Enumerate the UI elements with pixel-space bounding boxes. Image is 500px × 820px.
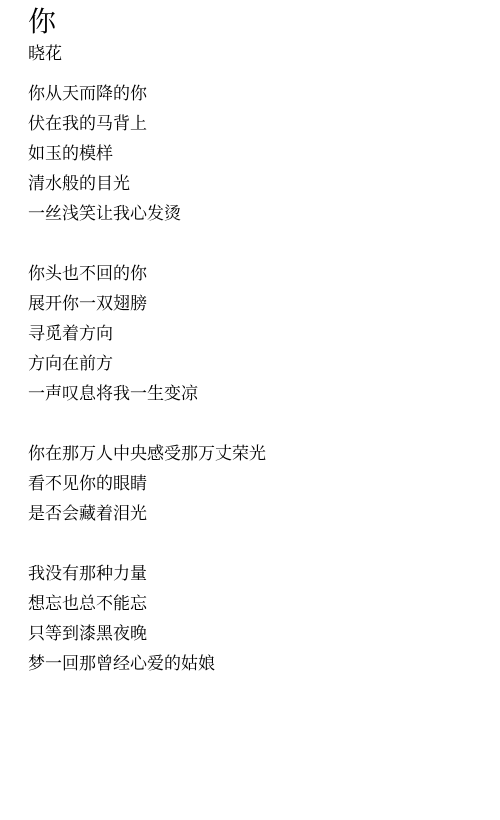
lyrics-stanza-4: 我没有那种力量 想忘也总不能忘 只等到漆黑夜晚 梦一回那曾经心爱的姑娘	[28, 559, 480, 679]
lyric-line: 梦一回那曾经心爱的姑娘	[28, 649, 480, 679]
lyric-line: 想忘也总不能忘	[28, 589, 480, 619]
lyric-line: 清水般的目光	[28, 169, 480, 199]
lyric-line: 一丝浅笑让我心发烫	[28, 199, 480, 229]
lyric-line: 方向在前方	[28, 349, 480, 379]
lyric-line: 如玉的模样	[28, 139, 480, 169]
lyrics-stanza-3: 你在那万人中央感受那万丈荣光 看不见你的眼睛 是否会藏着泪光	[28, 439, 480, 529]
lyric-line: 伏在我的马背上	[28, 109, 480, 139]
page-title: 你	[28, 2, 480, 42]
lyric-line: 是否会藏着泪光	[28, 499, 480, 529]
lyrics-stanza-1: 你从天而降的你 伏在我的马背上 如玉的模样 清水般的目光 一丝浅笑让我心发烫	[28, 79, 480, 229]
lyrics-page: 你 晓花 你从天而降的你 伏在我的马背上 如玉的模样 清水般的目光 一丝浅笑让我…	[0, 0, 500, 820]
artist-name: 晓花	[28, 42, 480, 66]
lyric-line: 展开你一双翅膀	[28, 289, 480, 319]
lyric-line: 你在那万人中央感受那万丈荣光	[28, 439, 480, 469]
lyrics-stanza-2: 你头也不回的你 展开你一双翅膀 寻觅着方向 方向在前方 一声叹息将我一生变凉	[28, 259, 480, 409]
lyric-line: 你头也不回的你	[28, 259, 480, 289]
lyric-line: 你从天而降的你	[28, 79, 480, 109]
lyric-line: 只等到漆黑夜晚	[28, 619, 480, 649]
lyric-line: 寻觅着方向	[28, 319, 480, 349]
lyric-line: 我没有那种力量	[28, 559, 480, 589]
lyrics-body: 你从天而降的你 伏在我的马背上 如玉的模样 清水般的目光 一丝浅笑让我心发烫 你…	[28, 79, 480, 679]
lyric-line: 一声叹息将我一生变凉	[28, 379, 480, 409]
lyric-line: 看不见你的眼睛	[28, 469, 480, 499]
